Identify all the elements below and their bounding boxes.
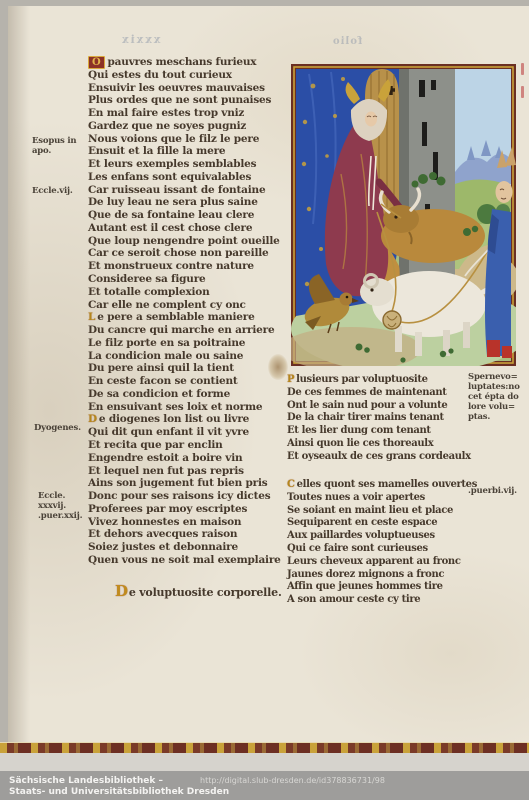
verse-line: Quen vous ne soit mal exemplaire (88, 554, 281, 567)
margin-note-line: cet épta do (468, 392, 520, 402)
page-edge-mark (521, 63, 524, 75)
verse-line-text: Et totalle complexion (88, 286, 210, 298)
verse-line: Consideree sa figure (88, 273, 281, 286)
right-text-column-stanza2: Celles quont ses mamelles ouvertes Toute… (287, 479, 477, 607)
manuscript-scan-photo: xxxix folio Opauvres meschans furieux Qu… (0, 0, 529, 800)
verse-line: Affin que jeunes hommes tire (287, 581, 477, 594)
verse-line-text: Et dehors avecques raison (88, 528, 237, 540)
verse-line: Car ruisseau issant de fontaine (88, 184, 281, 197)
verse-line: Qui estes du tout curieux (88, 69, 281, 82)
verse-line-text: Et recita que par enclin (88, 439, 223, 451)
showthrough-page-number: xxxix (120, 33, 160, 46)
margin-note-esopus: Esopus inapo. (32, 136, 76, 156)
verse-line-text: Qui estes du tout curieux (88, 69, 232, 81)
verse-line: Ont le sain nud pour a volunte (287, 400, 471, 413)
verse-line-text: De la chair tirer mains tenant (287, 412, 444, 423)
showthrough-folio-label: folio (332, 36, 362, 47)
verse-line-text: Que de sa fontaine leau clere (88, 209, 254, 221)
verse-line: Gardez que ne soyes pugniz (88, 120, 281, 133)
verse-line-text: Engendre estoit a boire vin (88, 452, 242, 464)
verse-line: Les enfans sont equivalables (88, 171, 281, 184)
margin-note-line: xxxvij. (38, 501, 82, 511)
verse-line-text: De sa condicion et forme (88, 388, 230, 400)
verse-line-text: Du pere ainsi quil la tient (88, 362, 234, 374)
verse-line: Plusieurs par voluptuosite (287, 374, 471, 387)
verse-line: Et leurs exemples semblables (88, 158, 281, 171)
verse-line-text: Ensuit et la fille la mere (88, 145, 225, 157)
verse-line: Du cancre qui marche en arriere (88, 324, 281, 337)
verse-line-text: Consideree sa figure (88, 273, 206, 285)
verse-line-text: Quen vous ne soit mal exemplaire (88, 554, 281, 566)
footer-bar: Sächsische Landesbibliothek – Staats- un… (0, 771, 529, 800)
verse-line: Que loup nengendre point oueille (88, 235, 281, 248)
verse-line: Et oyseaulx de ces grans cordeaulx (287, 451, 471, 464)
verse-line: Que de sa fontaine leau clere (88, 209, 281, 222)
verse-line-text: En mal faire estes trop vniz (88, 107, 244, 119)
verse-line-text: Se soiant en maint lieu et place (287, 505, 453, 516)
verse-line: Leurs cheveux apparent au fronc (287, 556, 477, 569)
verse-line-text: Gardez que ne soyes pugniz (88, 120, 246, 132)
margin-note-line: luptates:no (468, 382, 520, 392)
margin-note-line: Spernevo= (468, 372, 520, 382)
margin-note-line: .puerbi.vij. (468, 486, 517, 496)
verse-line: Jaunes dorez mignons a fronc (287, 569, 477, 582)
verse-line-text: Proferees par moy escriptes (88, 503, 247, 515)
verse-line-text: A son amour ceste cy tire (287, 594, 420, 605)
verse-line: Aux paillardes voluptueuses (287, 530, 477, 543)
verse-line: La condicion male ou saine (88, 350, 281, 363)
verse-line-text: Aux paillardes voluptueuses (287, 530, 435, 541)
margin-note-line: Dyogenes. (34, 423, 81, 433)
verse-line-text: Car ruisseau issant de fontaine (88, 184, 265, 196)
verse-line-text: Sequiparent en ceste espace (287, 517, 437, 528)
margin-note-ecclesiastes-7: Eccle.vij. (32, 186, 73, 196)
verse-line-text: Car ce seroit chose non pareille (88, 247, 269, 259)
verse-line: Et lequel nen fut pas repris (88, 465, 281, 478)
table-surface (0, 753, 529, 771)
verse-line: De la chair tirer mains tenant (287, 412, 471, 425)
verse-line: De diogenes lon list ou livre (88, 413, 281, 426)
verse-line-text: Qui ce faire sont curieuses (287, 543, 428, 554)
verse-line-text: Le filz porte en sa poitraine (88, 337, 245, 349)
verse-line: Ains son jugement fut bien pris (88, 477, 281, 490)
chapter-heading-text: e voluptuosite corporelle. (129, 586, 282, 599)
verse-line-text: Et les lier dung com tenant (287, 425, 431, 436)
verse-line-text: Et leurs exemples semblables (88, 158, 256, 170)
verse-line-text: En ceste facon se contient (88, 375, 238, 387)
verse-line: Plus ordes que ne sont punaises (88, 94, 281, 107)
illuminated-initial: D (88, 413, 97, 425)
library-name-line1: Sächsische Landesbibliothek – (9, 776, 229, 787)
verse-line: De luy leau ne sera plus saine (88, 196, 281, 209)
illuminated-initial: O (88, 56, 105, 69)
verse-line-text: Du cancre qui marche en arriere (88, 324, 274, 336)
verse-line: Sequiparent en ceste espace (287, 517, 477, 530)
verse-line-text: e pere a semblable maniere (97, 311, 254, 323)
margin-note-line: apo. (32, 146, 76, 156)
illuminated-initial: C (287, 479, 295, 490)
verse-line-text: Leurs cheveux apparent au fronc (287, 556, 461, 567)
verse-line-text: Ainsi quon lie ces thoreaulx (287, 438, 433, 449)
verse-line-text: Toutes nues a voir apertes (287, 492, 425, 503)
verse-line-text: Ensuivir les oeuvres mauvaises (88, 82, 265, 94)
verse-line: Celles quont ses mamelles ouvertes (287, 479, 477, 492)
margin-note-sperne-voluptates: Spernevo=luptates:nocet épta dolore volu… (468, 372, 520, 422)
verse-line-text: lusieurs par voluptuosite (296, 374, 428, 385)
verse-line: Et monstrueux contre nature (88, 260, 281, 273)
library-name-line2: Staats- und Universitätsbibliothek Dresd… (9, 787, 229, 798)
verse-line: Donc pour ses raisons icy dictes (88, 490, 281, 503)
verse-line: En ceste facon se contient (88, 375, 281, 388)
verse-line: Et dehors avecques raison (88, 528, 281, 541)
verse-line-text: e diogenes lon list ou livre (99, 413, 249, 425)
illuminated-initial: D (115, 582, 128, 600)
verse-line: Engendre estoit a boire vin (88, 452, 281, 465)
verse-line-text: Ont le sain nud pour a volunte (287, 400, 447, 411)
margin-note-diogenes: Dyogenes. (34, 423, 81, 433)
verse-line-text: Et monstrueux contre nature (88, 260, 254, 272)
illuminated-initial: L (88, 311, 95, 323)
right-text-column-stanza1: Plusieurs par voluptuosite De ces femmes… (287, 374, 471, 464)
verse-line: Et les lier dung com tenant (287, 425, 471, 438)
verse-line: Soiez justes et debonnaire (88, 541, 281, 554)
verse-line: Vivez honnestes en maison (88, 516, 281, 529)
margin-note-line: Eccle.vij. (32, 186, 73, 196)
verse-line: Car ce seroit chose non pareille (88, 247, 281, 260)
verse-line-text: La condicion male ou saine (88, 350, 243, 362)
verse-line: Et totalle complexion (88, 286, 281, 299)
margin-note-ecclesiastes-37: Eccle.xxxvij..puer.xxij. (38, 491, 82, 521)
verse-line-text: En ensuivant ses loix et norme (88, 401, 262, 413)
verse-line-text: Car elle ne complent cy onc (88, 299, 246, 311)
margin-note-proverbs-7: .puerbi.vij. (468, 486, 517, 496)
verse-line: En mal faire estes trop vniz (88, 107, 281, 120)
verse-line-text: Et lequel nen fut pas repris (88, 465, 244, 477)
library-attribution: Sächsische Landesbibliothek – Staats- un… (9, 776, 229, 797)
verse-line-text: Vivez honnestes en maison (88, 516, 241, 528)
verse-line: Qui ce faire sont curieuses (287, 543, 477, 556)
verse-line: En ensuivant ses loix et norme (88, 401, 281, 414)
verse-line-text: De luy leau ne sera plus saine (88, 196, 258, 208)
verse-line: Le filz porte en sa poitraine (88, 337, 281, 350)
verse-line: De sa condicion et forme (88, 388, 281, 401)
verse-line-text: Soiez justes et debonnaire (88, 541, 238, 553)
verse-line-text: Autant est il cest chose clere (88, 222, 252, 234)
verse-line: Ensuivir les oeuvres mauvaises (88, 82, 281, 95)
verse-line-text: elles quont ses mamelles ouvertes (297, 479, 477, 490)
verse-line-text: Les enfans sont equivalables (88, 171, 251, 183)
verse-line-text: Qui dit qun enfant il vit yvre (88, 426, 249, 438)
verse-line: Et recita que par enclin (88, 439, 281, 452)
verse-line: Proferees par moy escriptes (88, 503, 281, 516)
verse-line: Toutes nues a voir apertes (287, 492, 477, 505)
verse-line: Ensuit et la fille la mere (88, 145, 281, 158)
verse-line-text: pauvres meschans furieux (108, 56, 257, 68)
verse-line-text: Jaunes dorez mignons a fronc (287, 569, 444, 580)
verse-line-text: Donc pour ses raisons icy dictes (88, 490, 270, 502)
verse-line: A son amour ceste cy tire (287, 594, 477, 607)
verse-line: Car elle ne complent cy onc (88, 299, 281, 312)
margin-note-line: ptas. (468, 412, 520, 422)
verse-line-text: Et oyseaulx de ces grans cordeaulx (287, 451, 471, 462)
miniature-illustration (291, 64, 516, 366)
verse-line-text: Nous voions que le filz le pere (88, 133, 259, 145)
margin-note-line: .puer.xxij. (38, 511, 82, 521)
verse-line: Ainsi quon lie ces thoreaulx (287, 438, 471, 451)
verse-line-text: Que loup nengendre point oueille (88, 235, 280, 247)
verse-line: Le pere a semblable maniere (88, 311, 281, 324)
illuminated-initial: P (287, 374, 294, 385)
verse-line: Autant est il cest chose clere (88, 222, 281, 235)
verse-line-text: Affin que jeunes hommes tire (287, 581, 443, 592)
verse-line: De ces femmes de maintenant (287, 387, 471, 400)
verse-line: Qui dit qun enfant il vit yvre (88, 426, 281, 439)
margin-note-line: Eccle. (38, 491, 82, 501)
page-edge-mark (521, 86, 524, 98)
digital-object-url: http://digital.slub-dresden.de/id3788367… (200, 776, 385, 785)
verse-line: Opauvres meschans furieux (88, 56, 281, 69)
margin-note-line: Esopus in (32, 136, 76, 146)
verse-line-text: De ces femmes de maintenant (287, 387, 447, 398)
verse-line-text: Plus ordes que ne sont punaises (88, 94, 271, 106)
manuscript-page: xxxix folio Opauvres meschans furieux Qu… (8, 6, 529, 743)
verse-line: Du pere ainsi quil la tient (88, 362, 281, 375)
verse-line: Nous voions que le filz le pere (88, 133, 281, 146)
chapter-heading: De voluptuosite corporelle. (115, 582, 282, 600)
left-text-column: Opauvres meschans furieux Qui estes du t… (88, 56, 281, 567)
verse-line: Se soiant en maint lieu et place (287, 505, 477, 518)
verse-line-text: Ains son jugement fut bien pris (88, 477, 267, 489)
margin-note-line: lore volu= (468, 402, 520, 412)
